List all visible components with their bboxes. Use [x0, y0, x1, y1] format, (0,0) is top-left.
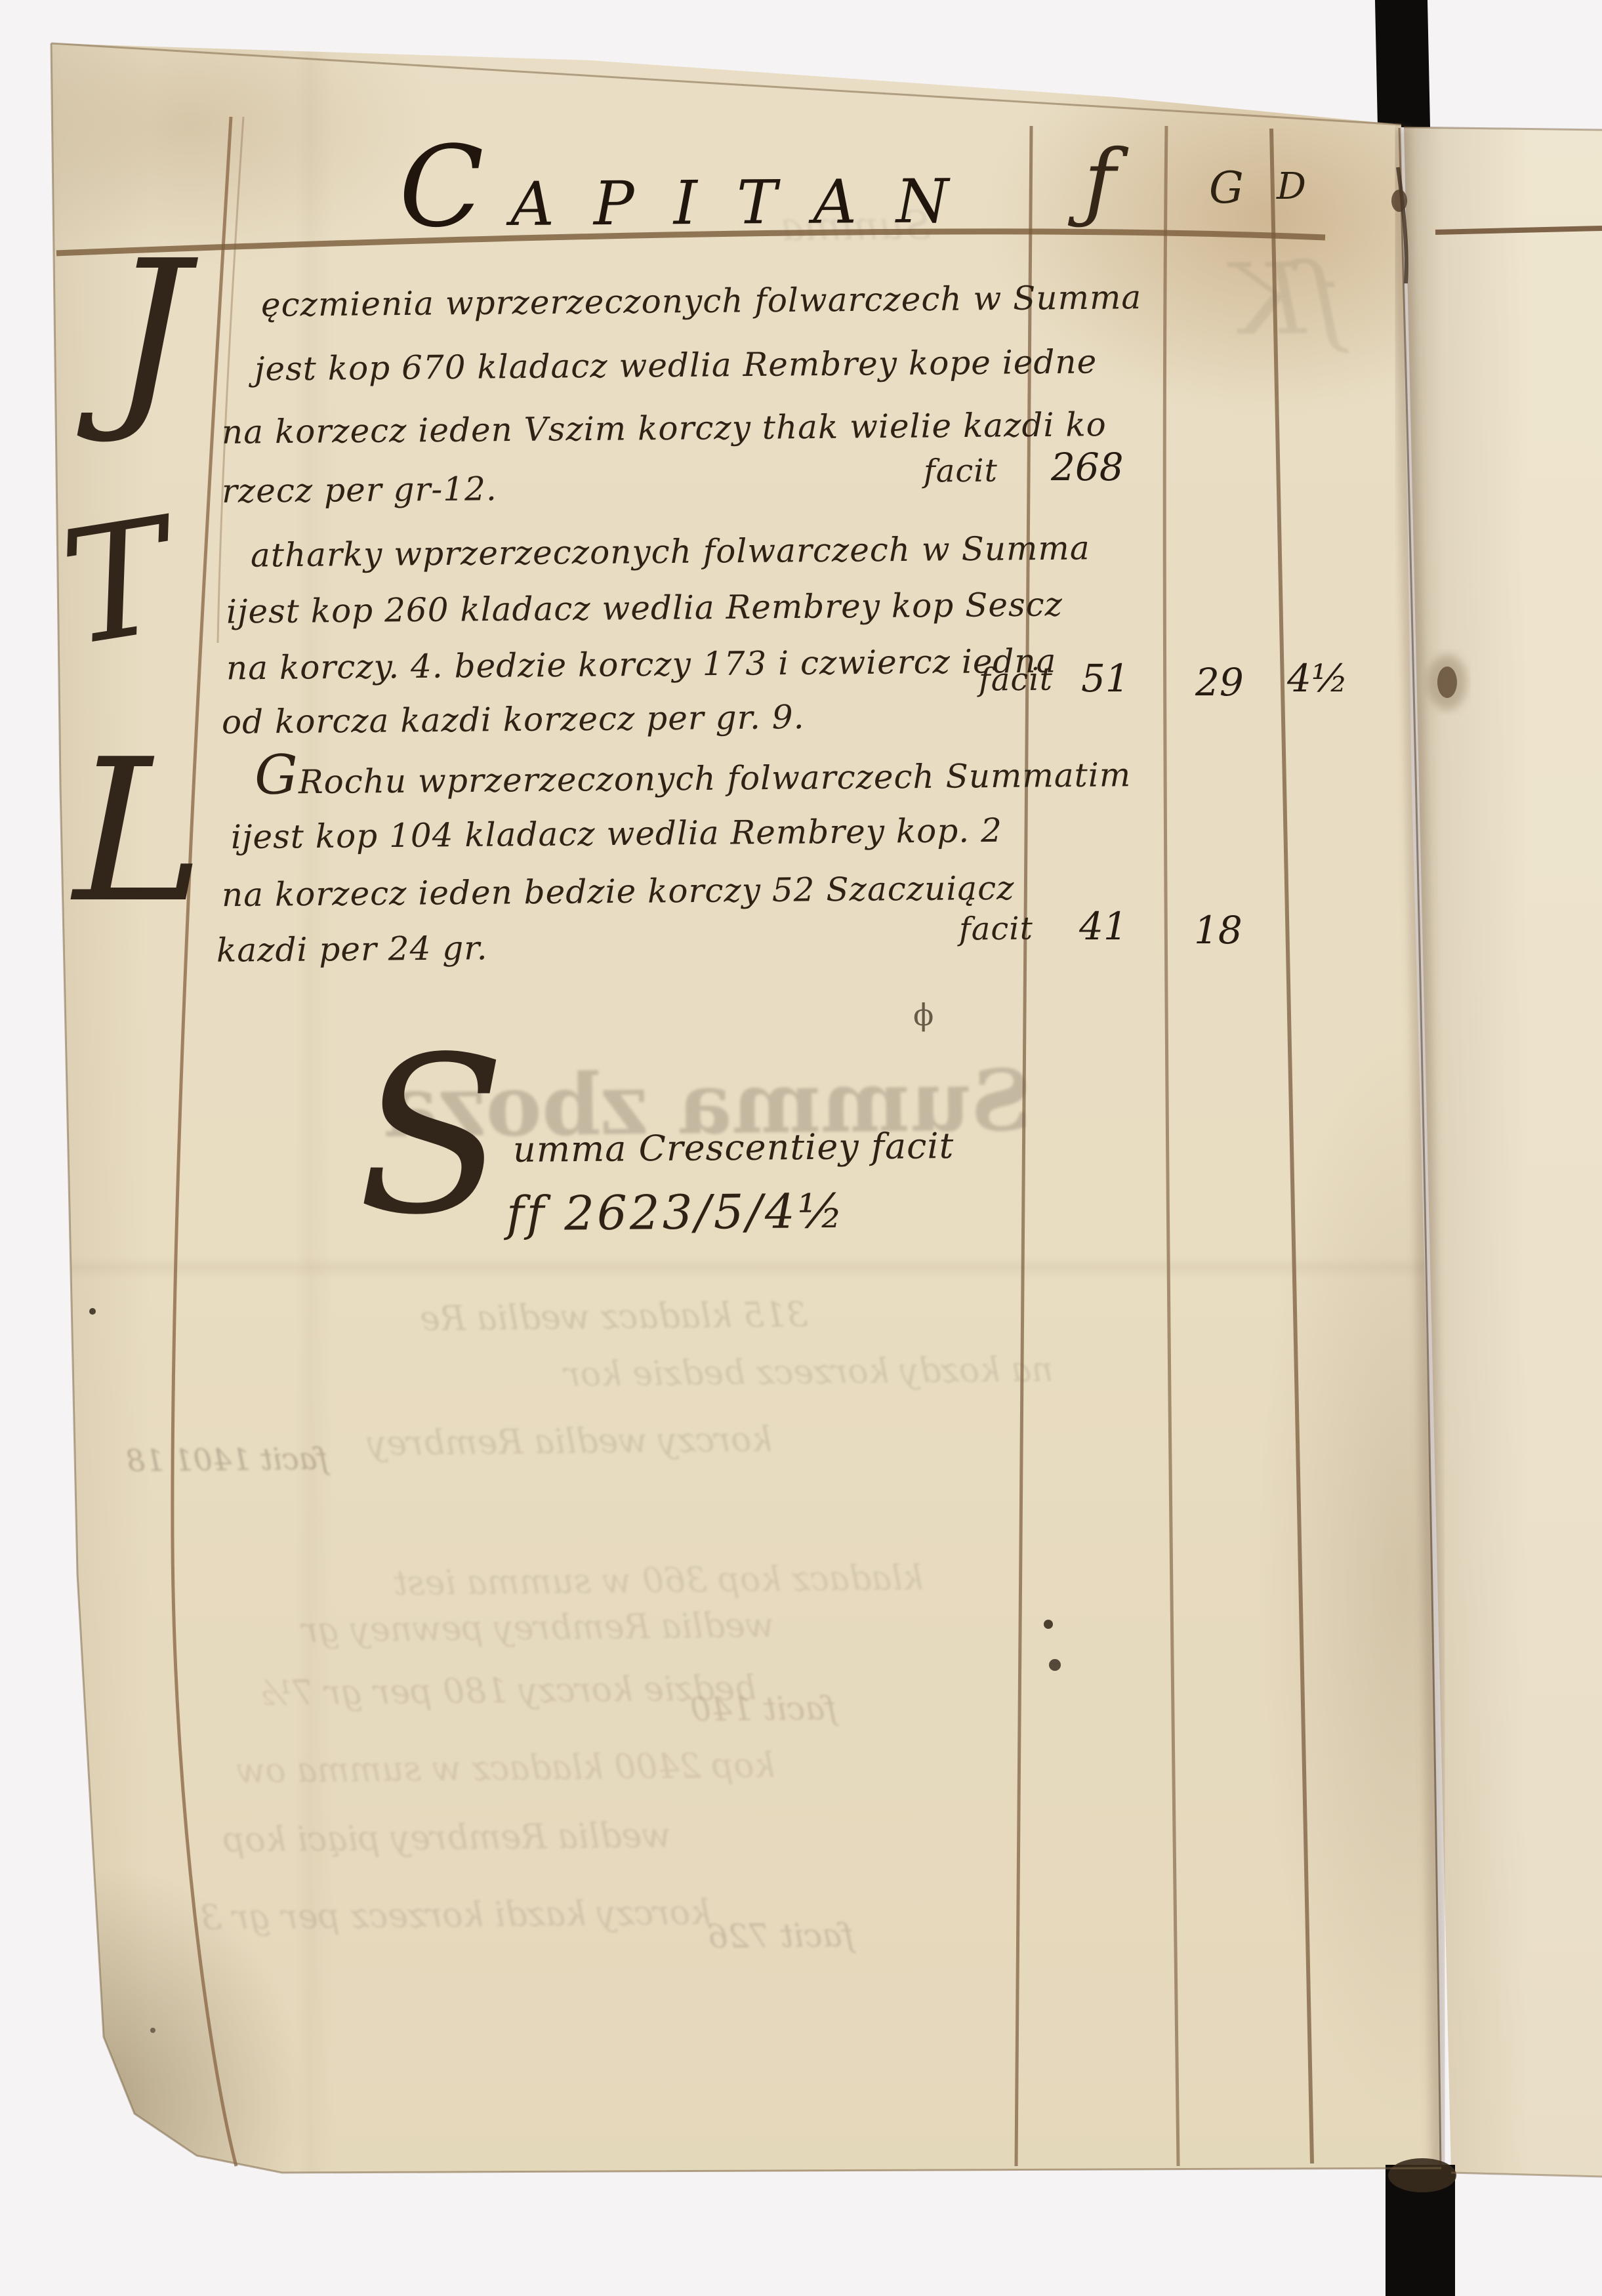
gutter-crease-shadow	[1399, 128, 1441, 2168]
column-label-denarii: D	[1277, 165, 1306, 208]
column-label-groszy: G	[1209, 163, 1244, 213]
entry-3-line-2: ijest kop 104 kladacz wedlia Rembrey kop…	[231, 811, 1002, 856]
entry-3-initial-flourish: L	[73, 753, 204, 911]
summary-initial: S	[358, 1050, 506, 1223]
column-rule-d	[1271, 129, 1312, 2163]
showthrough-amount: facit 140	[690, 1689, 837, 1729]
ink-speck	[1044, 1620, 1053, 1629]
ink-speck	[1049, 1659, 1061, 1671]
gutter-bottom-blob	[1388, 2158, 1456, 2192]
ink-doodle: ϕ	[913, 997, 934, 1033]
entry-1-line-4: rzecz per gr-12.	[222, 470, 497, 510]
ink-speck	[89, 1308, 96, 1315]
showthrough-flourish: ſK	[1231, 242, 1342, 358]
ink-speck	[150, 2028, 155, 2033]
summary-line-2: ff 2623/5/4½	[506, 1183, 846, 1242]
entry-2-value-groszy: 29	[1195, 660, 1244, 705]
entry-3-line-3: na korzecz ieden bedzie korczy 52 Szaczu…	[222, 869, 1015, 914]
entry-3-line-4: kazdi per 24 gr.	[216, 929, 488, 970]
showthrough-margin-note: facit 1401 18	[126, 1441, 329, 1478]
showthrough-line: korczy kazdi korzecz per gr 3	[200, 1893, 711, 1938]
entry-2-line-2: ijest kop 260 kladacz wedlia Rembrey kop…	[226, 585, 1063, 630]
showthrough-line: wedlia Rembrey piąci kop	[223, 1816, 671, 1860]
showthrough-line: korczy wedlia Rembrey	[367, 1420, 773, 1464]
entry-1-line-1: ęczmienia wprzerzeczonych folwarczech w …	[261, 278, 1142, 324]
scanned-manuscript-page: Summa zboza Summa ſK 315 kladacz wedlia …	[0, 0, 1602, 2296]
entry-3-value-groszy: 18	[1194, 908, 1243, 953]
sewing-knot-upper	[1391, 190, 1407, 212]
entry-2-line-4: od korcza kazdi korzecz per gr. 9.	[222, 698, 805, 741]
entry-2-value-denarii: 4½	[1287, 656, 1348, 701]
page-title: CAPITAN	[399, 150, 989, 240]
sewing-knot-mid-halo	[1427, 655, 1467, 710]
column-label-florins: ƒ	[1084, 131, 1116, 232]
entry-2-line-3: na korczy. 4. bedzie korczy 173 i czwier…	[226, 642, 1057, 687]
entry-1-line-3: na korzecz ieden Vszim korczy thak wieli…	[222, 405, 1107, 451]
entry-2-value-florins: 51	[1081, 656, 1130, 701]
entry-3-value-florins: 41	[1079, 904, 1128, 949]
showthrough-line: kop 2400 kladacz w summa ow	[236, 1746, 775, 1792]
showthrough-line: wedlia Rembrey pewney gr	[302, 1606, 775, 1650]
entry-1-facit-label: facit	[924, 453, 998, 490]
header-rule-right-page	[1435, 228, 1602, 232]
showthrough-line: bedzie korczy 180 per gr 7½	[259, 1669, 757, 1713]
entry-2-initial: T	[55, 512, 178, 653]
summary-line-1: umma Crescentiey facit	[513, 1125, 955, 1170]
margin-rule-double	[218, 117, 243, 643]
entry-3-facit-label: facit	[959, 911, 1033, 948]
showthrough-amount: facit 726	[707, 1916, 854, 1956]
entry-3-line-1: GRochu wprzerzeczonych folwarczech Summa…	[255, 752, 1132, 802]
showthrough-line: 315 kladacz wedlia Re	[420, 1296, 808, 1339]
showthrough-line: na kozdy korzecz bedzie kor	[564, 1350, 1054, 1395]
entry-1-value-florins: 268	[1051, 445, 1124, 489]
entry-2-facit-label: facit	[979, 661, 1053, 699]
showthrough-line: kladacz kop 360 w summa iest	[394, 1559, 924, 1603]
entry-1-initial: J	[110, 255, 189, 412]
entry-1-line-2: jest kop 670 kladacz wedlia Rembrey kope…	[255, 342, 1098, 388]
column-rule-g	[1164, 126, 1178, 2166]
entry-2-line-1: atharky wprzerzeczonych folwarczech w Su…	[251, 529, 1090, 574]
